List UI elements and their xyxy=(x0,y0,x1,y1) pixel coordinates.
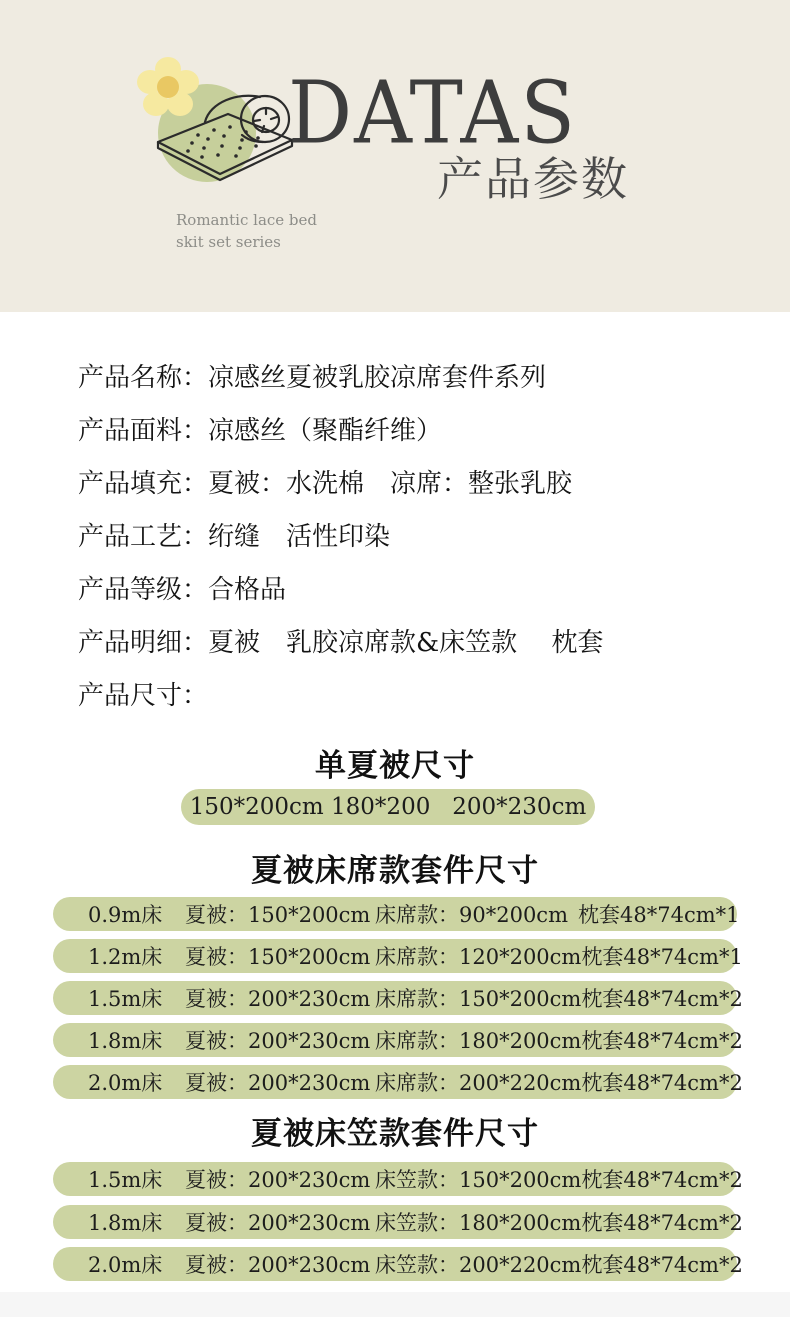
pillow-size-cell: 枕套48*74cm*2 xyxy=(581,1164,742,1194)
mat-size-cell: 床席款：200*220cm xyxy=(375,1067,581,1097)
mat-size-cell: 床席款：90*200cm xyxy=(375,899,578,929)
info-value: 绗缝 活性印染 xyxy=(208,522,390,552)
info-value: 夏被：水洗棉 凉席：整张乳胶 xyxy=(208,469,572,499)
pillow-size-cell: 枕套48*74cm*2 xyxy=(581,1249,742,1279)
bed-size-cell: 1.2m床 xyxy=(88,941,185,971)
quilt-size-cell: 夏被：200*230cm xyxy=(185,1164,375,1194)
page-subtitle: 产品参数 xyxy=(437,152,629,207)
sheet-size-cell: 床笠款：200*220cm xyxy=(375,1249,581,1279)
sheet-size-cell: 床笠款：150*200cm xyxy=(375,1164,581,1194)
tagline-line1: Romantic lace bed xyxy=(176,210,317,232)
info-label: 产品等级： xyxy=(78,575,208,605)
tagline-line2: skit set series xyxy=(176,232,317,254)
pillow-size-cell: 枕套48*74cm*2 xyxy=(581,983,742,1013)
info-label: 产品名称： xyxy=(78,363,208,393)
bed-size-cell: 1.5m床 xyxy=(88,1164,185,1194)
quilt-size-cell: 夏被：150*200cm xyxy=(185,899,375,929)
info-value: 夏被 乳胶凉席款&床笠款 枕套 xyxy=(208,628,603,658)
info-label: 产品工艺： xyxy=(78,522,208,552)
header-banner: DATAS 产品参数 Romantic lace bed skit set se… xyxy=(0,0,790,312)
info-label: 产品尺寸： xyxy=(78,681,208,711)
pillow-size-cell: 枕套48*74cm*1 xyxy=(578,899,739,929)
table-row: 1.5m床夏被：200*230cm床笠款：150*200cm枕套48*74cm*… xyxy=(53,1162,737,1196)
info-value: 凉感丝（聚酯纤维） xyxy=(208,416,442,446)
quilt-size-cell: 夏被：200*230cm xyxy=(185,983,375,1013)
table-row: 1.2m床夏被：150*200cm床席款：120*200cm枕套48*74cm*… xyxy=(53,939,737,973)
table-row: 1.5m床夏被：200*230cm床席款：150*200cm枕套48*74cm*… xyxy=(53,981,737,1015)
bed-size-cell: 1.5m床 xyxy=(88,983,185,1013)
info-line-name: 产品名称：凉感丝夏被乳胶凉席套件系列 xyxy=(78,352,738,405)
bed-size-cell: 2.0m床 xyxy=(88,1067,185,1097)
info-line-size: 产品尺寸： xyxy=(78,670,738,723)
mat-size-cell: 床席款：150*200cm xyxy=(375,983,581,1013)
rolled-mattress-icon xyxy=(150,90,300,185)
info-label: 产品面料： xyxy=(78,416,208,446)
sheet-size-cell: 床笠款：180*200cm xyxy=(375,1207,581,1237)
pillow-size-cell: 枕套48*74cm*1 xyxy=(581,941,742,971)
pillow-size-cell: 枕套48*74cm*2 xyxy=(581,1067,742,1097)
quilt-size-cell: 夏被：200*230cm xyxy=(185,1025,375,1055)
table-row: 2.0m床夏被：200*230cm床席款：200*220cm枕套48*74cm*… xyxy=(53,1065,737,1099)
table-row: 0.9m床夏被：150*200cm床席款：90*200cm枕套48*74cm*1 xyxy=(53,897,737,931)
single-quilt-heading: 单夏被尺寸 xyxy=(0,740,790,785)
pillow-size-cell: 枕套48*74cm*2 xyxy=(581,1025,742,1055)
quilt-size-cell: 夏被：200*230cm xyxy=(185,1067,375,1097)
table-row: 2.0m床夏被：200*230cm床笠款：200*220cm枕套48*74cm*… xyxy=(53,1247,737,1281)
tagline: Romantic lace bed skit set series xyxy=(176,210,317,254)
info-label: 产品填充： xyxy=(78,469,208,499)
info-label: 产品明细： xyxy=(78,628,208,658)
quilt-size-cell: 夏被：200*230cm xyxy=(185,1207,375,1237)
info-line-craft: 产品工艺：绗缝 活性印染 xyxy=(78,511,738,564)
mat-size-cell: 床席款：180*200cm xyxy=(375,1025,581,1055)
table-row: 1.8m床夏被：200*230cm床笠款：180*200cm枕套48*74cm*… xyxy=(53,1205,737,1239)
page-title: DATAS xyxy=(288,70,577,156)
quilt-size-cell: 夏被：150*200cm xyxy=(185,941,375,971)
quilt-size-cell: 夏被：200*230cm xyxy=(185,1249,375,1279)
info-line-grade: 产品等级：合格品 xyxy=(78,564,738,617)
bed-size-cell: 0.9m床 xyxy=(88,899,185,929)
info-line-fabric: 产品面料：凉感丝（聚酯纤维） xyxy=(78,405,738,458)
bed-size-cell: 1.8m床 xyxy=(88,1207,185,1237)
sheet-set-heading: 夏被床笠款套件尺寸 xyxy=(0,1108,790,1153)
bed-size-cell: 2.0m床 xyxy=(88,1249,185,1279)
table-row: 1.8m床夏被：200*230cm床席款：180*200cm枕套48*74cm*… xyxy=(53,1023,737,1057)
info-value: 凉感丝夏被乳胶凉席套件系列 xyxy=(208,363,546,393)
info-line-detail: 产品明细：夏被 乳胶凉席款&床笠款 枕套 xyxy=(78,617,738,670)
pillow-size-cell: 枕套48*74cm*2 xyxy=(581,1207,742,1237)
footer-strip xyxy=(0,1292,790,1317)
product-spec-page: DATAS 产品参数 Romantic lace bed skit set se… xyxy=(0,0,790,1317)
info-line-filling: 产品填充：夏被：水洗棉 凉席：整张乳胶 xyxy=(78,458,738,511)
product-info-list: 产品名称：凉感丝夏被乳胶凉席套件系列 产品面料：凉感丝（聚酯纤维） 产品填充：夏… xyxy=(78,352,738,723)
mat-size-cell: 床席款：120*200cm xyxy=(375,941,581,971)
mat-set-heading: 夏被床席款套件尺寸 xyxy=(0,845,790,890)
info-value: 合格品 xyxy=(208,575,286,605)
bed-size-cell: 1.8m床 xyxy=(88,1025,185,1055)
single-quilt-sizes-pill: 150*200cm 180*200 200*230cm xyxy=(181,789,595,825)
